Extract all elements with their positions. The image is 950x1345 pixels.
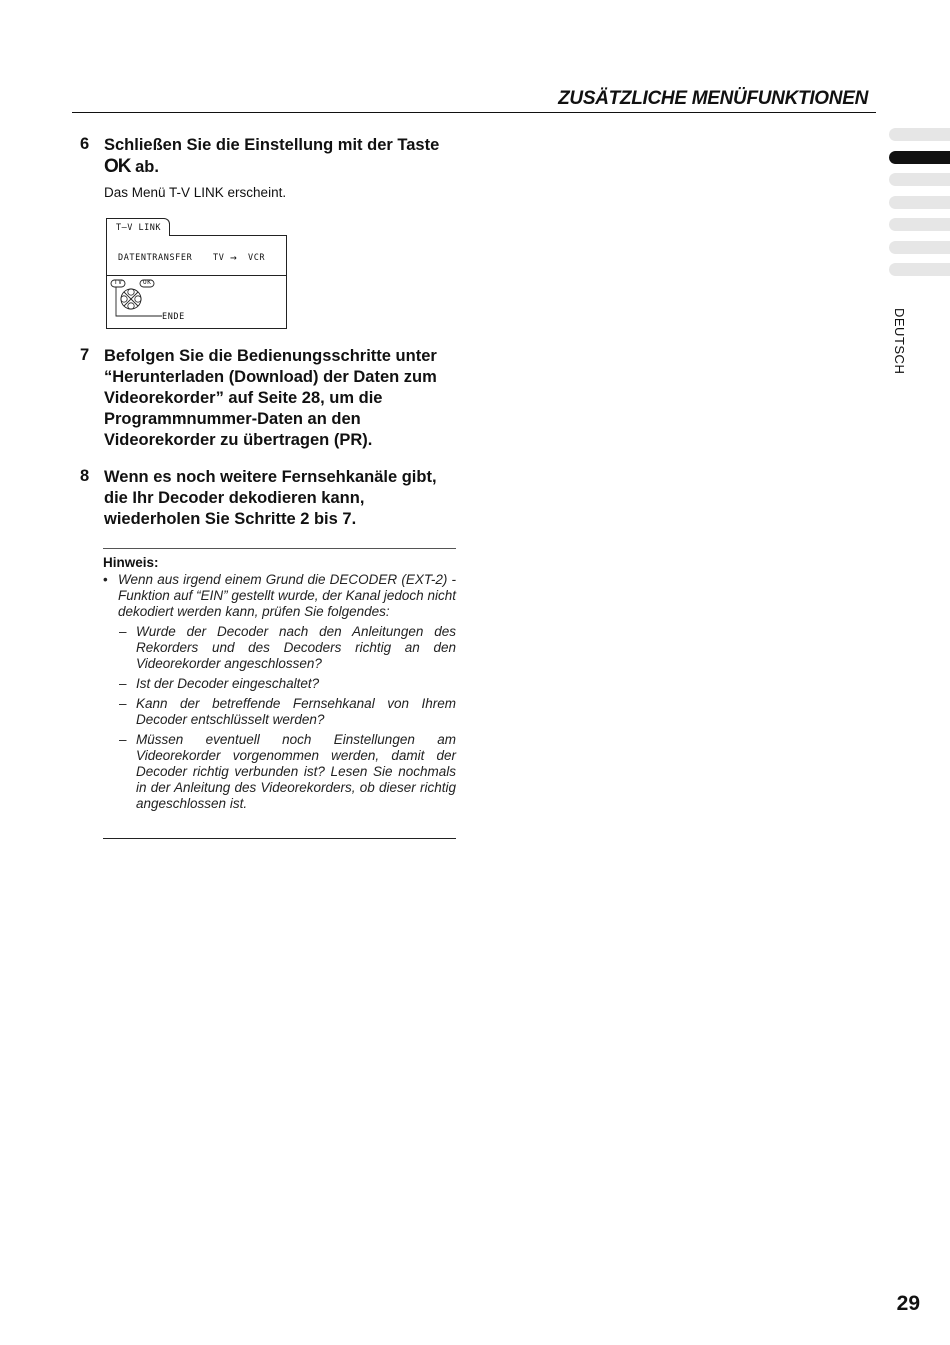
hint-box: Hinweis: • Wenn aus irgend einem Grund d…	[103, 548, 456, 839]
dash-icon: –	[119, 732, 127, 748]
side-index-tabs	[889, 128, 950, 286]
arrow-right-icon: →	[230, 251, 237, 264]
dash-icon: –	[119, 624, 127, 640]
step-text: Wenn es noch weitere Fernsehkanäle gibt,…	[104, 467, 456, 530]
osd-row-from: TV	[213, 253, 224, 263]
bullet-icon: •	[103, 572, 108, 588]
step-number: 8	[80, 467, 89, 486]
dash-icon: –	[119, 696, 127, 712]
step-6-note: Das Menü T-V LINK erscheint.	[104, 185, 286, 200]
index-tab	[889, 196, 950, 209]
step-8: 8 Wenn es noch weitere Fernsehkanäle gib…	[80, 467, 460, 530]
hint-subitem: – Ist der Decoder eingeschaltet?	[119, 676, 456, 692]
section-title: ZUSÄTZLICHE MENÜFUNKTIONEN	[558, 88, 868, 110]
hint-title: Hinweis:	[103, 555, 456, 570]
ok-button-icon: OK	[104, 156, 131, 177]
step-6: 6 Schließen Sie die Einstellung mit der …	[80, 135, 460, 178]
step-number: 6	[80, 135, 89, 154]
index-tab	[889, 173, 950, 186]
tv-link-osd-menu: T–V LINK DATENTRANSFER TV → VCR TV OK EN…	[106, 218, 286, 329]
index-tab-active	[889, 151, 950, 164]
osd-exit-label: ENDE	[162, 312, 185, 322]
hint-subitem: – Müssen eventuell noch Einstellungen am…	[119, 732, 456, 812]
index-tab	[889, 218, 950, 231]
osd-tab-label: T–V LINK	[116, 223, 161, 233]
index-tab	[889, 241, 950, 254]
step-number: 7	[80, 346, 89, 365]
tv-key-label: TV	[114, 279, 122, 286]
step-7: 7 Befolgen Sie die Bedienungsschritte un…	[80, 346, 460, 451]
ok-key-label: OK	[143, 279, 151, 286]
hint-subitem: – Wurde der Decoder nach den Anleitungen…	[119, 624, 456, 672]
osd-tab: T–V LINK	[106, 218, 170, 236]
hint-bullet: • Wenn aus irgend einem Grund die DECODE…	[103, 572, 456, 620]
index-tab	[889, 263, 950, 276]
language-label: DEUTSCH	[892, 308, 907, 374]
osd-row-label: DATENTRANSFER	[118, 253, 192, 263]
dash-icon: –	[119, 676, 127, 692]
step-text: Schließen Sie die Einstellung mit der Ta…	[104, 135, 460, 178]
index-tab	[889, 128, 950, 141]
osd-divider	[106, 275, 286, 276]
osd-row-to: VCR	[248, 253, 265, 263]
hint-subitem: – Kann der betreffende Fernsehkanal von …	[119, 696, 456, 728]
page-number: 29	[897, 1292, 920, 1316]
step-text: Befolgen Sie die Bedienungsschritte unte…	[104, 346, 456, 451]
header-rule	[72, 112, 876, 113]
